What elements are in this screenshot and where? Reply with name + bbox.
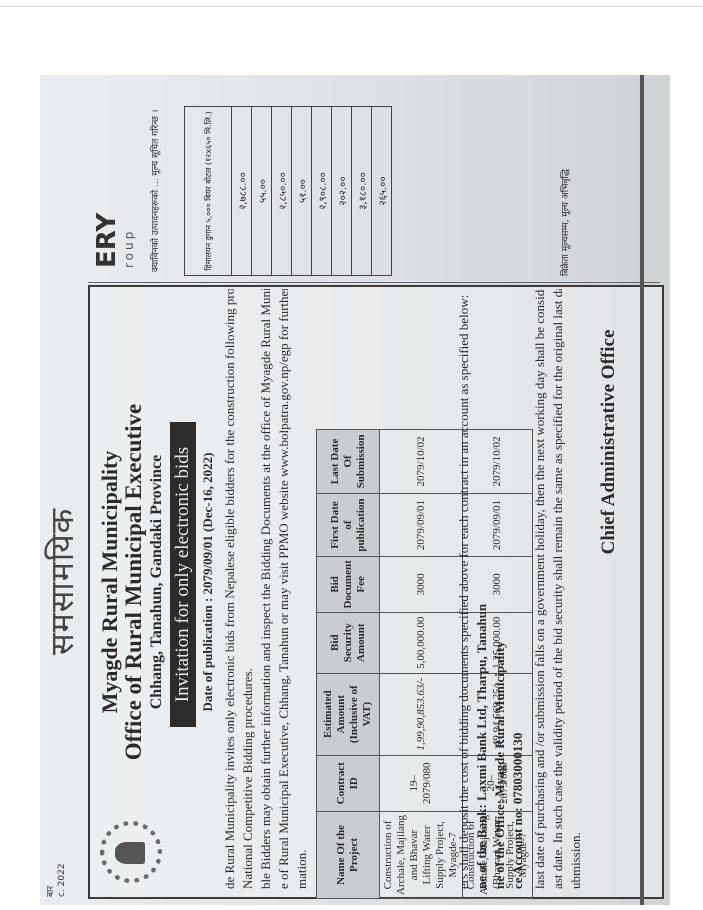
page-top-rule	[0, 6, 703, 7]
price-cell: २,९०८.००	[312, 107, 332, 276]
price-table: हिमालयन डुगान ५,००० बियर बोटल (१२x६५० मि…	[184, 106, 392, 276]
newspaper-date: बार c. 2022	[46, 863, 68, 897]
deposit-instructions: ers shall deposit the cost of bidding do…	[456, 289, 472, 889]
price-cell: २,८५०.००	[272, 107, 292, 276]
account-number: ce Account no: 07803000130	[510, 289, 526, 889]
office-name: Office of Rural Municipal Executive	[122, 347, 146, 817]
price-cell: ५५.००	[252, 107, 272, 276]
col-project: Name Of the Project	[317, 811, 380, 898]
price-cell: २६५.००	[372, 107, 392, 276]
price-header: हिमालयन डुगान ५,००० बियर बोटल (१२x६५० मि…	[185, 107, 232, 276]
price-cell: २,७८८.००	[232, 107, 252, 276]
cell-project: Construction of Archale, Majilang and Bh…	[380, 811, 463, 898]
bank-name: ne of the Bank: Laxmi Bank Ltd, Tharpu, …	[474, 289, 490, 889]
scanned-newspaper-page: बार c. 2022 समसामयिक Myagde Rural Munici…	[40, 75, 670, 905]
table-row: Construction of Archale, Majilang and Bh…	[380, 430, 463, 899]
municipality-emblem-icon	[100, 821, 162, 883]
table-header-row: Name Of the Project Contract ID Estimate…	[317, 430, 380, 899]
ad-footer: बिक्रेता मूल्यसम्म, मूल्य अभिवृद्धि	[558, 169, 571, 276]
col-bid-security: Bid Security Amount	[317, 612, 380, 673]
cell-bid-security: 5,00,000.00	[380, 612, 463, 673]
notice-paragraph: e of Rural Municipal Executive, Chhang, …	[276, 289, 292, 889]
date-line-english: c. 2022	[57, 863, 68, 897]
price-cell: ५१.००	[292, 107, 312, 276]
office-location: Chhang, Tanahun, Gandaki Province	[148, 347, 166, 817]
cell-estimated-amount: 1,99,90,853.63/-	[380, 673, 463, 755]
office-account-name: ne of the Office: Myagde Rural Municipal…	[492, 289, 508, 889]
notice-paragraph: National Competitive Bidding procedures.	[240, 289, 256, 889]
holiday-clause: ubmission.	[568, 289, 584, 889]
holiday-clause: last date of purchasing and /or submissi…	[532, 289, 548, 889]
notice-banner: Invitation for only electronic bids	[170, 422, 196, 727]
notice-paragraph: ble Bidders may obtain further informati…	[258, 289, 274, 889]
signature-office: Chief Administrative Office	[598, 287, 620, 597]
adjacent-advertisement: ERY roup क्याविनको उत्पादनहरूको ... मूल्…	[88, 74, 660, 283]
publication-date: Date of publication : 2079/09/01 (Dec-16…	[200, 347, 216, 817]
col-last-date: Last Date Of Submission	[317, 430, 380, 494]
bid-notice: Myagde Rural Municipality Office of Rura…	[88, 285, 664, 899]
ad-subheading: roup	[122, 229, 136, 268]
price-cell: २०२.००	[332, 107, 352, 276]
date-line-nepali: बार	[46, 863, 57, 897]
holiday-clause: ast date. In such case the validity peri…	[550, 289, 566, 889]
col-estimated-amount: Estimated Amount (Inclusive of VAT)	[317, 673, 380, 755]
notice-paragraph: mation.	[294, 289, 310, 889]
cell-first-date: 2079/09/01	[380, 493, 463, 556]
notice-paragraph: de Rural Municipality invites only elect…	[222, 289, 238, 889]
newspaper-header: बार c. 2022 समसामयिक	[40, 75, 84, 905]
cell-last-date: 2079/10/02	[380, 430, 463, 494]
col-contract-id: Contract ID	[317, 755, 380, 811]
ad-heading: ERY	[92, 213, 122, 268]
price-cell: ३,१८०.००	[352, 107, 372, 276]
municipality-name: Myagde Rural Municipality	[98, 347, 122, 817]
section-title: समसामयिक	[40, 508, 83, 655]
col-document-fee: Bid Document Fee	[317, 557, 380, 612]
column-divider	[640, 75, 644, 905]
cell-contract-id: 19– 2079/080	[380, 755, 463, 811]
ad-note: क्याविनको उत्पादनहरूको ... मूल्य सूचित ग…	[150, 82, 163, 272]
cell-document-fee: 3000	[380, 557, 463, 612]
col-first-date: First Date of publication	[317, 493, 380, 556]
